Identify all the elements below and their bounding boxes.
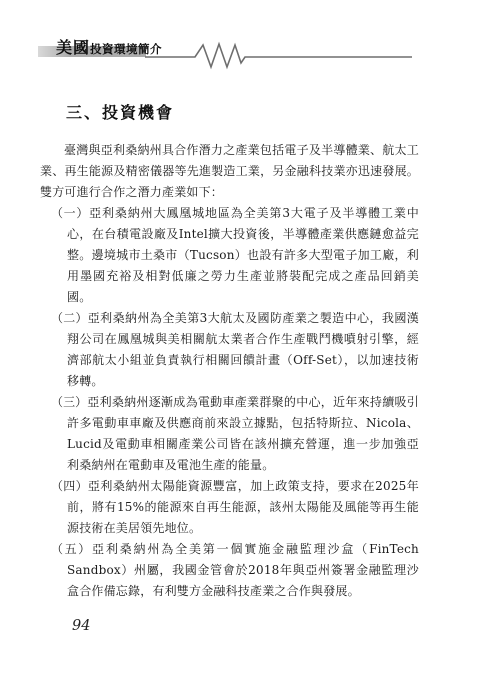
- list-item-2-marker: （二）: [51, 311, 88, 325]
- list-item-3-marker: （三）: [51, 395, 87, 409]
- header-title-main: 美國: [56, 40, 90, 57]
- list-item-1-text: 亞利桑納州大鳳凰城地區為全美第3大電子及半導體工業中心，在台積電設廠及Intel…: [67, 206, 419, 304]
- document-page: 美國投資環境簡介 三、投資機會 臺灣與亞利桑納州具合作潛力之產業包括電子及半導體…: [0, 0, 480, 679]
- list-item-2-text: 亞利桑納州為全美第3大航太及國防產業之製造中心，我國漢翔公司在鳳凰城與美相關航太…: [67, 311, 419, 388]
- list-item-1-marker: （一）: [51, 206, 89, 220]
- list-item-4: （四）亞利桑納州太陽能資源豐富，加上政策支持，要求在2025年前，將有15%的能…: [67, 476, 419, 539]
- list-item-5: （五）亞利桑納州為全美第一個實施金融監理沙盒（FinTech Sandbox）州…: [67, 539, 419, 602]
- list-item-4-text: 亞利桑納州太陽能資源豐富，加上政策支持，要求在2025年前，將有15%的能源來自…: [67, 479, 419, 535]
- list-item-2: （二）亞利桑納州為全美第3大航太及國防產業之製造中心，我國漢翔公司在鳳凰城與美相…: [67, 308, 419, 392]
- list-item-4-marker: （四）: [51, 479, 88, 493]
- page-header: 美國投資環境簡介: [0, 36, 480, 66]
- list-item-3-text: 亞利桑納州逐漸成為電動車產業群聚的中心，近年來持續吸引許多電動車車廠及供應商前來…: [67, 395, 419, 472]
- header-rule-zigzag: [145, 41, 415, 71]
- section-title: 三、投資機會: [66, 100, 419, 123]
- list-item-5-marker: （五）: [51, 542, 92, 556]
- page-number: 94: [72, 618, 90, 634]
- list-item-1: （一）亞利桑納州大鳳凰城地區為全美第3大電子及半導體工業中心，在台積電設廠及In…: [67, 203, 419, 308]
- intro-paragraph: 臺灣與亞利桑納州具合作潛力之產業包括電子及半導體業、航太工業、再生能源及精密儀器…: [40, 140, 419, 203]
- list-item-3: （三）亞利桑納州逐漸成為電動車產業群聚的中心，近年來持續吸引許多電動車車廠及供應…: [67, 392, 419, 476]
- list-item-5-text: 亞利桑納州為全美第一個實施金融監理沙盒（FinTech Sandbox）州屬，我…: [67, 542, 419, 598]
- document-body: 三、投資機會 臺灣與亞利桑納州具合作潛力之產業包括電子及半導體業、航太工業、再生…: [40, 100, 419, 602]
